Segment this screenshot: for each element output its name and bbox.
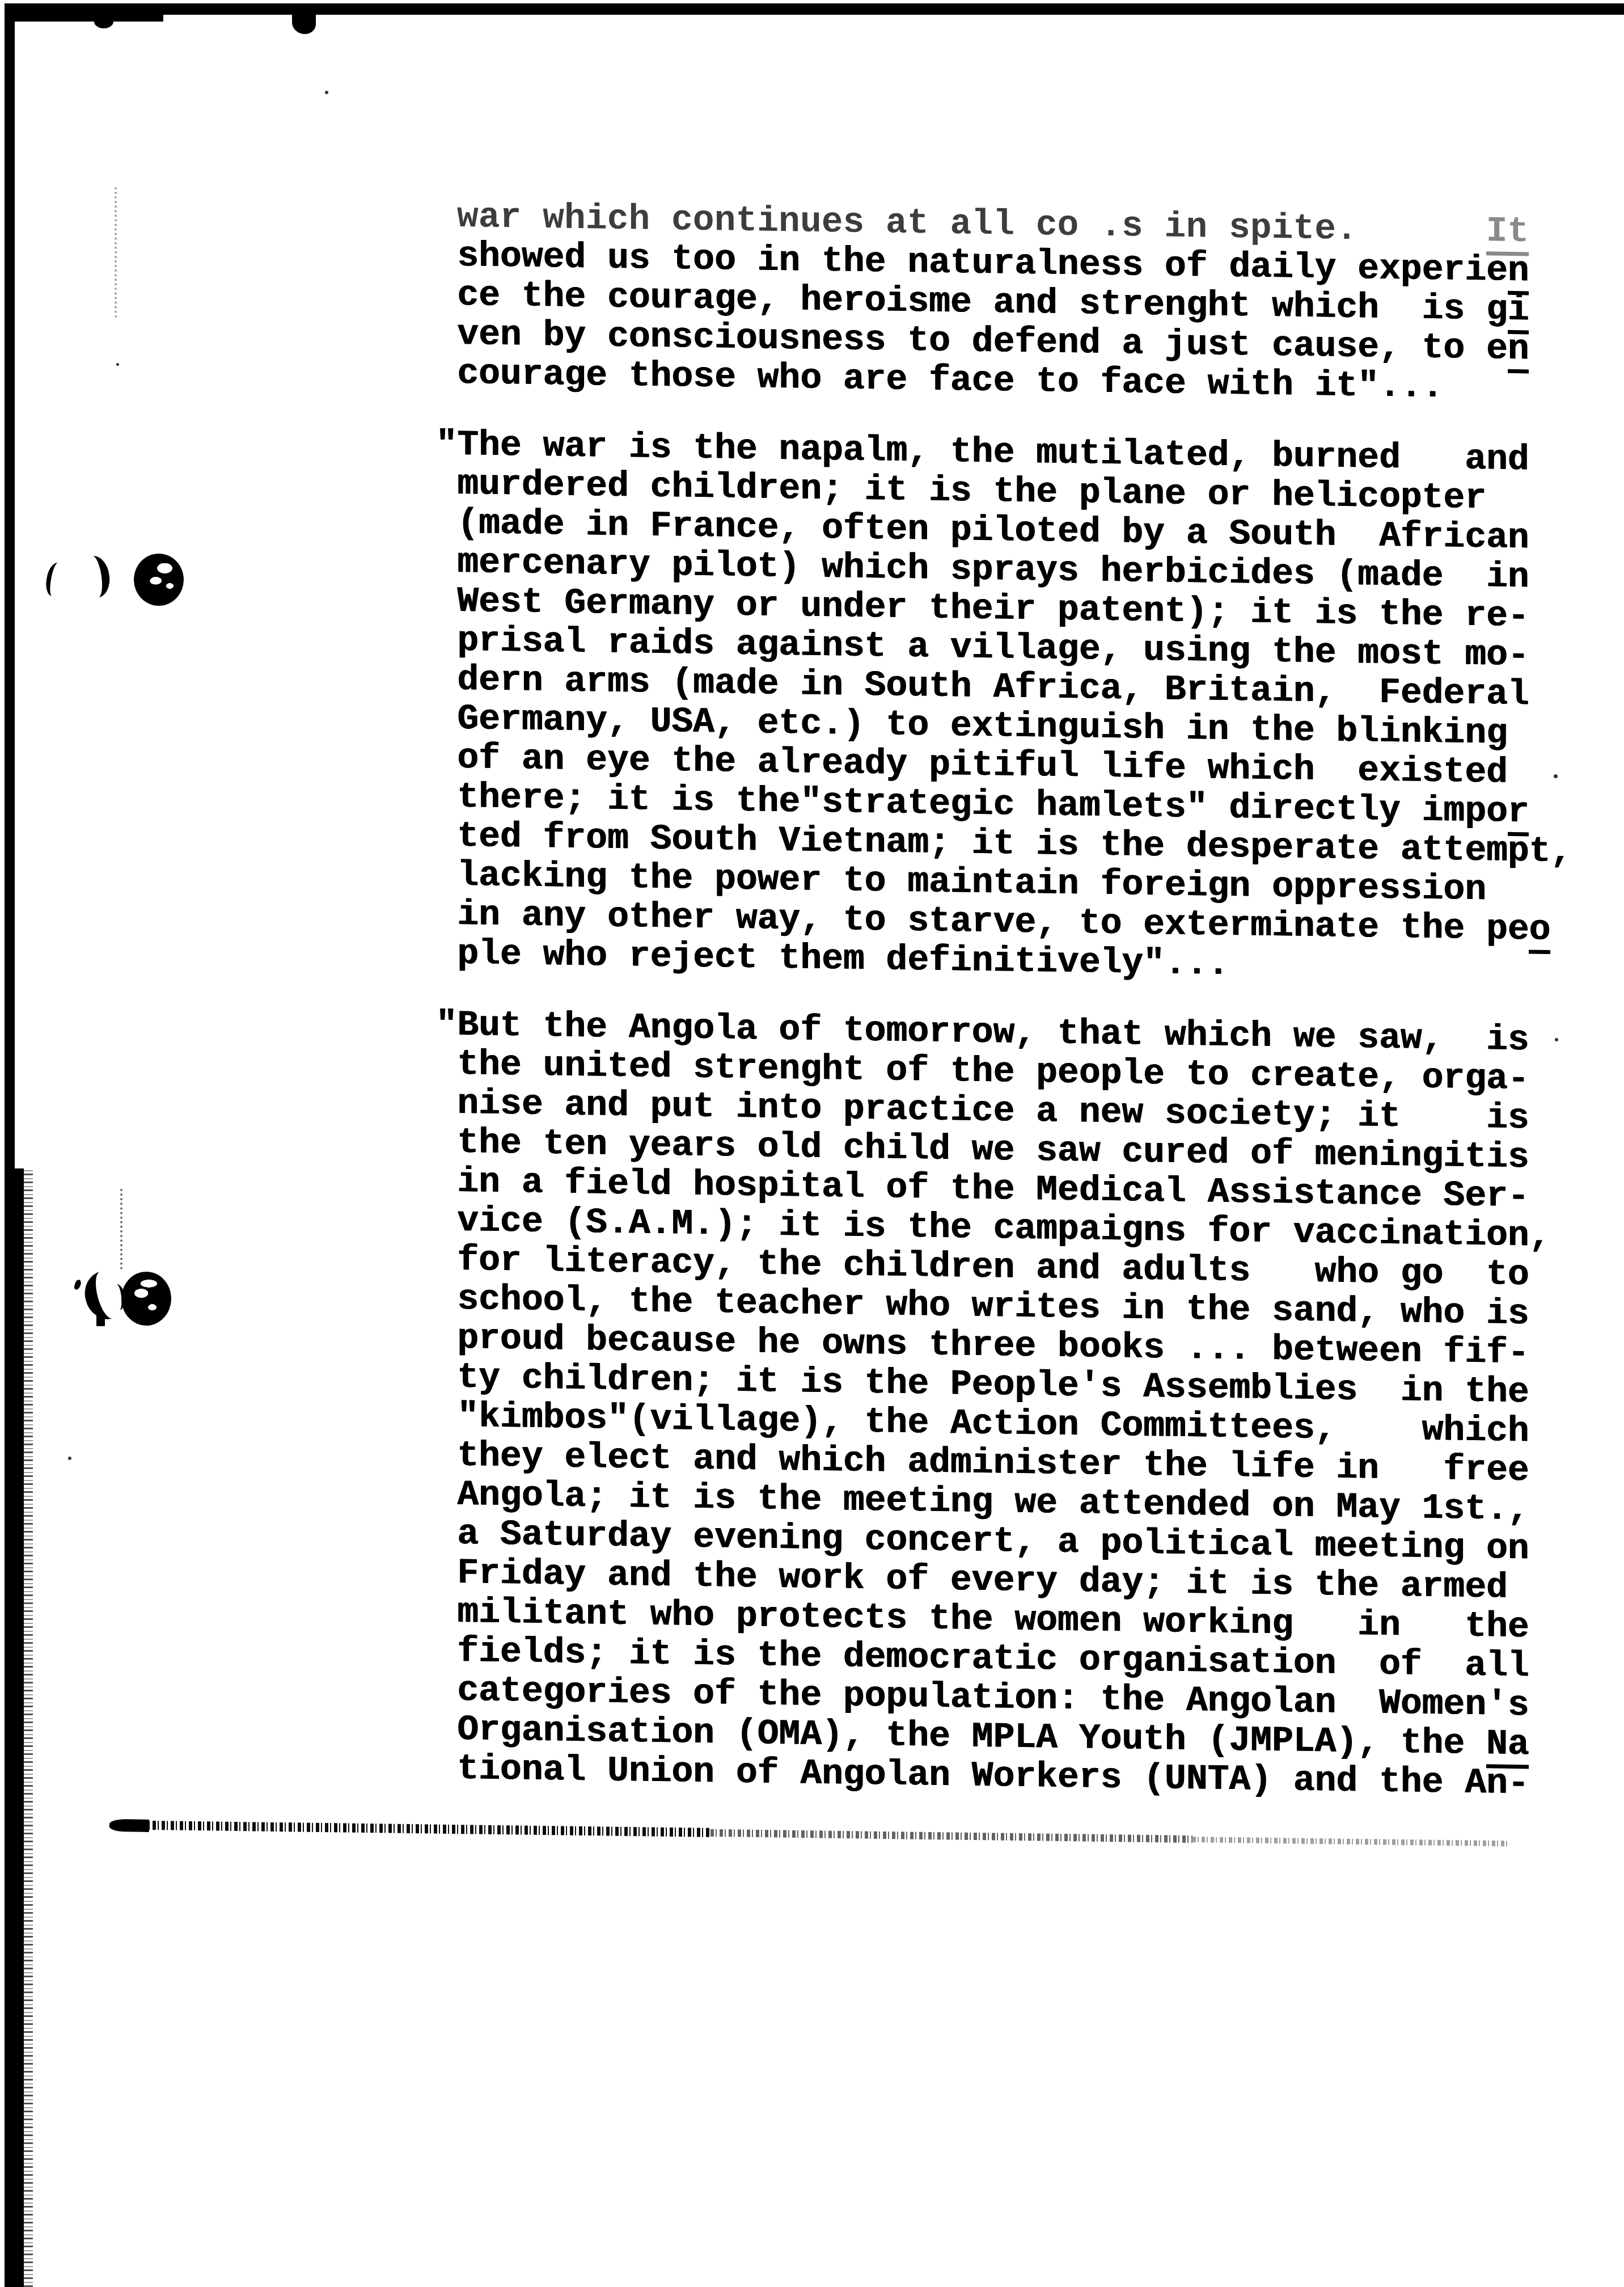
scan-edge-top [5,3,1624,15]
underlined-text-segment: n [1508,251,1529,296]
hole-punch-circle-upper [134,554,184,606]
underlined-text-segment: It [1486,211,1529,256]
hole-punch-comma-mark-lower [73,1279,82,1290]
underlined-text-segment: i [1508,290,1529,335]
hole-punch-crescent-small-upper [44,562,66,598]
underlined-text-segment: Na [1486,1724,1529,1769]
scan-streak-bottom [109,1819,1516,1850]
scan-speck [68,1457,71,1460]
paragraph-1: war which continues at all co .s in spit… [457,197,1591,409]
scan-edge-top-thick [5,14,163,22]
scanned-page: war which continues at all co .s in spit… [0,0,1624,2287]
scan-edge-top-blob [94,15,113,28]
scan-speck [116,363,119,366]
scan-edge-left-lower-extension [5,1702,17,2287]
hole-punch-crescent-large-upper [78,554,112,600]
hole-punch-hook-tail-lower [96,1314,105,1326]
scan-streak-segment [143,1821,710,1837]
scan-speck [16,2074,23,2079]
scan-edge-left-speckle [23,1168,33,2287]
typewritten-text-block: war which continues at all co .s in spit… [457,197,1591,1804]
scan-streak-segment [710,1829,1192,1843]
underlined-text-segment: o [1529,909,1550,954]
scan-streak-segment [1192,1837,1510,1846]
paragraph-2: "The war is the napalm, the mutilated, b… [457,425,1591,989]
scan-edge-top-drip [292,12,316,34]
scan-edge-left-upper [5,3,15,1195]
hole-punch-circle-lower [121,1272,171,1326]
underlined-text-segment: n [1508,329,1529,374]
scan-dotted-line-lower [120,1189,122,1269]
paragraph-3: "But the Angola of tomorrow, that which … [457,1006,1591,1804]
scan-speck [325,91,328,94]
underlined-text-segment: r [1508,792,1529,837]
scan-dotted-line-upper [115,187,117,318]
